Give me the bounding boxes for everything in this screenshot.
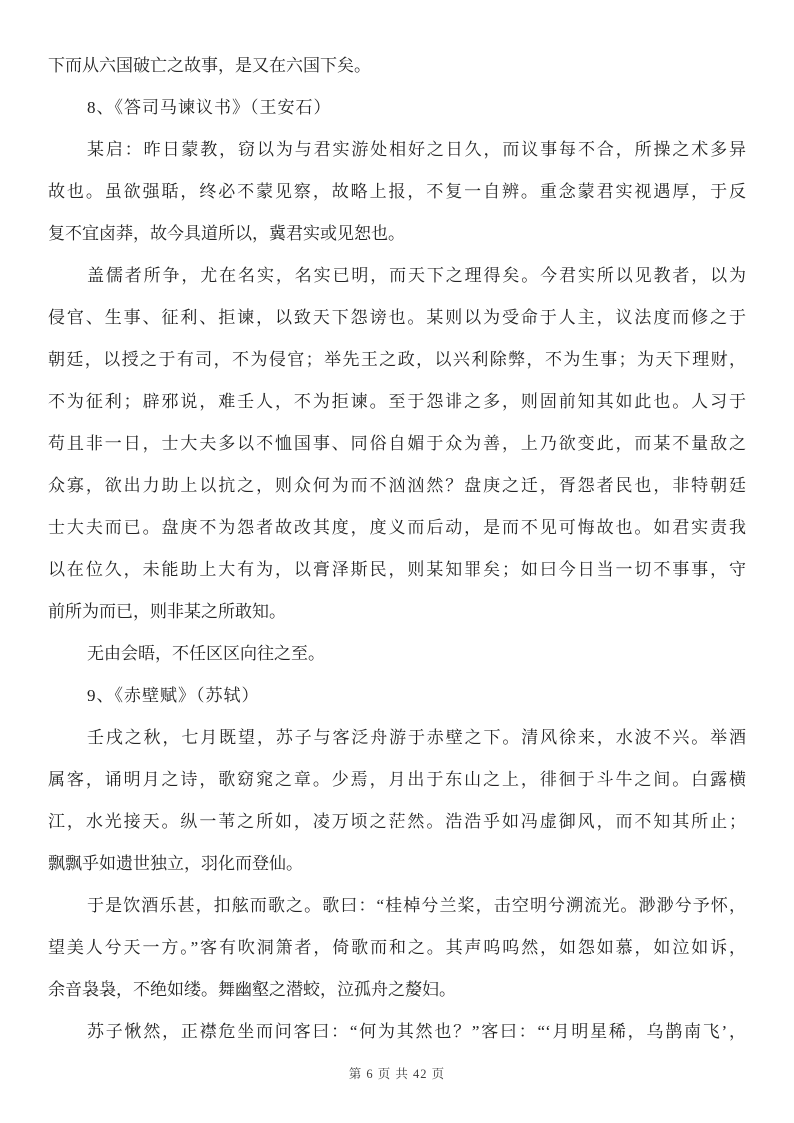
- paragraph: 无由会晤，不任区区向往之至。: [48, 633, 746, 675]
- document-page: 下而从六国破亡之故事，是又在六国下矣。8、《答司马谏议书》（王安石）某启：昨日蒙…: [0, 0, 794, 1123]
- text-line: 复不宜卤莽，故今具道所以，冀君实或见恕也。: [48, 213, 746, 255]
- paragraph: 盖儒者所争，尤在名实，名实已明，而天下之理得矣。今君实所以见教者，以为侵官、生事…: [48, 255, 746, 633]
- page-footer: 第 6 页 共 42 页: [0, 1064, 794, 1082]
- paragraph: 下而从六国破亡之故事，是又在六国下矣。: [48, 45, 746, 87]
- text-line: 望美人兮天一方。”客有吹洞箫者，倚歌而和之。其声呜呜然，如怨如慕，如泣如诉，: [48, 927, 746, 969]
- text-line: 下而从六国破亡之故事，是又在六国下矣。: [48, 45, 746, 87]
- paragraph: 壬戌之秋，七月既望，苏子与客泛舟游于赤壁之下。清风徐来，水波不兴。举酒属客，诵明…: [48, 717, 746, 885]
- text-line: 壬戌之秋，七月既望，苏子与客泛舟游于赤壁之下。清风徐来，水波不兴。举酒: [48, 717, 746, 759]
- text-line: 8、《答司马谏议书》（王安石）: [48, 87, 746, 129]
- text-line: 于是饮酒乐甚，扣舷而歌之。歌曰：“桂棹兮兰桨，击空明兮溯流光。渺渺兮予怀，: [48, 885, 746, 927]
- text-line: 苟且非一日，士大夫多以不恤国事、同俗自媚于众为善，上乃欲变此，而某不量敌之: [48, 423, 746, 465]
- section-heading: 9、《赤壁赋》（苏轼）: [48, 675, 746, 717]
- text-line: 苏子愀然，正襟危坐而问客曰：“何为其然也？”客曰：“‘月明星稀，乌鹊南飞’，: [48, 1011, 746, 1053]
- text-line: 无由会晤，不任区区向往之至。: [48, 633, 746, 675]
- section-heading: 8、《答司马谏议书》（王安石）: [48, 87, 746, 129]
- text-line: 盖儒者所争，尤在名实，名实已明，而天下之理得矣。今君实所以见教者，以为: [48, 255, 746, 297]
- paragraph: 苏子愀然，正襟危坐而问客曰：“何为其然也？”客曰：“‘月明星稀，乌鹊南飞’，: [48, 1011, 746, 1053]
- text-line: 以在位久，未能助上大有为，以膏泽斯民，则某知罪矣；如曰今日当一切不事事，守: [48, 549, 746, 591]
- text-line: 士大夫而已。盘庚不为怨者故改其度，度义而后动，是而不见可悔故也。如君实责我: [48, 507, 746, 549]
- text-line: 不为征利；辟邪说，难壬人，不为拒谏。至于怨诽之多，则固前知其如此也。人习于: [48, 381, 746, 423]
- text-line: 朝廷，以授之于有司，不为侵官；举先王之政，以兴利除弊，不为生事；为天下理财，: [48, 339, 746, 381]
- text-line: 故也。虽欲强聒，终必不蒙见察，故略上报，不复一自辨。重念蒙君实视遇厚，于反: [48, 171, 746, 213]
- text-line: 9、《赤壁赋》（苏轼）: [48, 675, 746, 717]
- paragraph: 于是饮酒乐甚，扣舷而歌之。歌曰：“桂棹兮兰桨，击空明兮溯流光。渺渺兮予怀，望美人…: [48, 885, 746, 1011]
- text-line: 余音袅袅，不绝如缕。舞幽壑之潜蛟，泣孤舟之嫠妇。: [48, 969, 746, 1011]
- text-line: 众寡，欲出力助上以抗之，则众何为而不汹汹然？盘庚之迁，胥怨者民也，非特朝廷: [48, 465, 746, 507]
- text-line: 飘飘乎如遗世独立，羽化而登仙。: [48, 843, 746, 885]
- text-line: 某启：昨日蒙教，窃以为与君实游处相好之日久，而议事每不合，所操之术多异: [48, 129, 746, 171]
- text-line: 前所为而已，则非某之所敢知。: [48, 591, 746, 633]
- text-line: 江，水光接天。纵一苇之所如，凌万顷之茫然。浩浩乎如冯虚御风，而不知其所止；: [48, 801, 746, 843]
- text-line: 属客，诵明月之诗，歌窈窕之章。少焉，月出于东山之上，徘徊于斗牛之间。白露横: [48, 759, 746, 801]
- text-line: 侵官、生事、征利、拒谏，以致天下怨谤也。某则以为受命于人主，议法度而修之于: [48, 297, 746, 339]
- document-body: 下而从六国破亡之故事，是又在六国下矣。8、《答司马谏议书》（王安石）某启：昨日蒙…: [48, 45, 746, 1053]
- paragraph: 某启：昨日蒙教，窃以为与君实游处相好之日久，而议事每不合，所操之术多异故也。虽欲…: [48, 129, 746, 255]
